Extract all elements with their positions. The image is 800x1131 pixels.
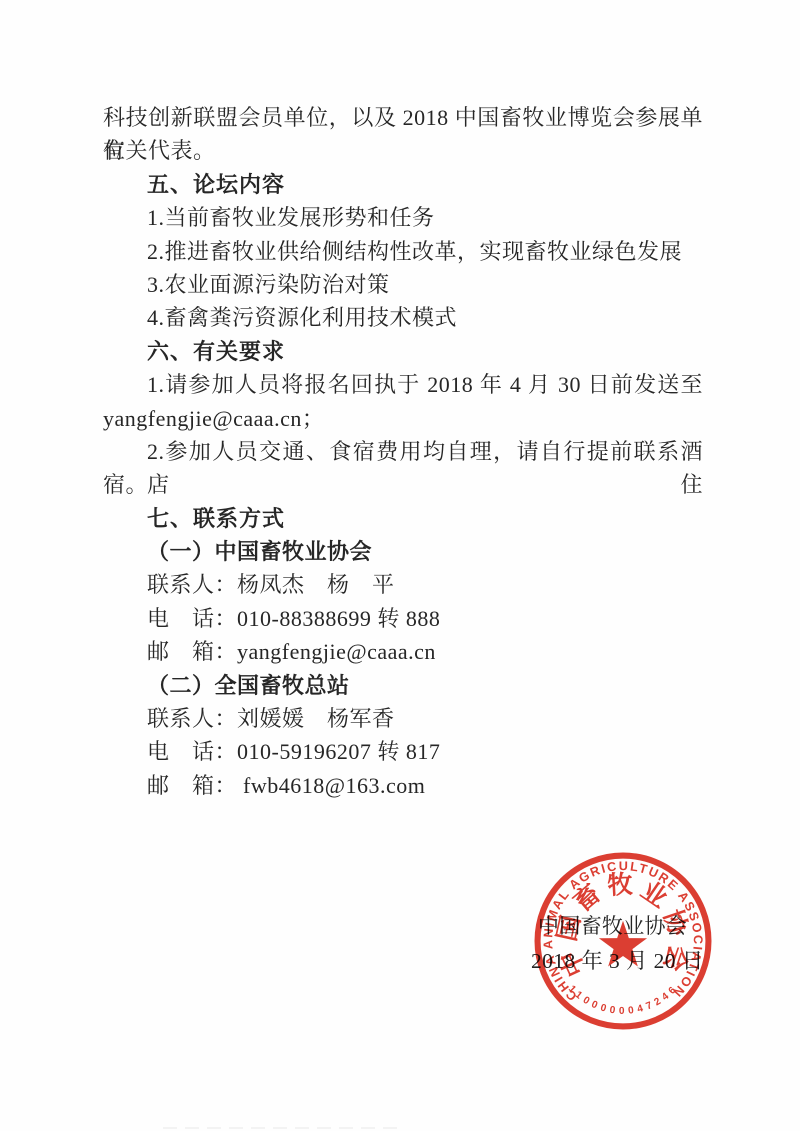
text-line: 邮 箱： fwb4618@163.com (103, 769, 703, 802)
text-line: 科技创新联盟会员单位，以及 2018 中国畜牧业博览会参展单位 (103, 101, 703, 134)
signature-org: 中国畜牧业协会 (538, 910, 687, 940)
text-line: 1.当前畜牧业发展形势和任务 (103, 201, 703, 234)
text-line: 4.畜禽粪污资源化利用技术模式 (103, 301, 703, 334)
signature-date: 2018 年 3 月 20 日 (531, 944, 704, 975)
page: 科技创新联盟会员单位，以及 2018 中国畜牧业博览会参展单位有关代表。五、论坛… (0, 0, 800, 1131)
seal-serial-number: 1100000047246 (566, 984, 680, 1017)
text-line: 五、论坛内容 (103, 168, 703, 201)
scan-artifact (163, 1127, 397, 1129)
text-line: （二）全国畜牧总站 (103, 669, 703, 702)
text-line: 3.农业面源污染防治对策 (103, 268, 703, 301)
document-body: 科技创新联盟会员单位，以及 2018 中国畜牧业博览会参展单位有关代表。五、论坛… (103, 101, 703, 802)
text-line: 电 话：010-88388699 转 888 (103, 602, 703, 635)
text-line: 1.请参加人员将报名回执于 2018 年 4 月 30 日前发送至 (103, 368, 703, 401)
text-line: 电 话：010-59196207 转 817 (103, 735, 703, 768)
text-line: yangfengjie@caaa.cn； (103, 402, 703, 435)
text-line: 邮 箱：yangfengjie@caaa.cn (103, 635, 703, 668)
text-line: 2.参加人员交通、食宿费用均自理，请自行提前联系酒店住 (103, 435, 703, 468)
official-seal: CHINA ANIMAL AGRICULTURE ASSOCIATION 中国畜… (534, 852, 712, 1030)
text-line: 七、联系方式 (103, 502, 703, 535)
text-line: 2.推进畜牧业供给侧结构性改革，实现畜牧业绿色发展 (103, 235, 703, 268)
text-line: 有关代表。 (103, 134, 703, 167)
text-line: 六、有关要求 (103, 335, 703, 368)
text-line: 联系人：刘媛媛 杨军香 (103, 702, 703, 735)
text-line: 联系人：杨凤杰 杨 平 (103, 568, 703, 601)
text-line: （一）中国畜牧业协会 (103, 535, 703, 568)
